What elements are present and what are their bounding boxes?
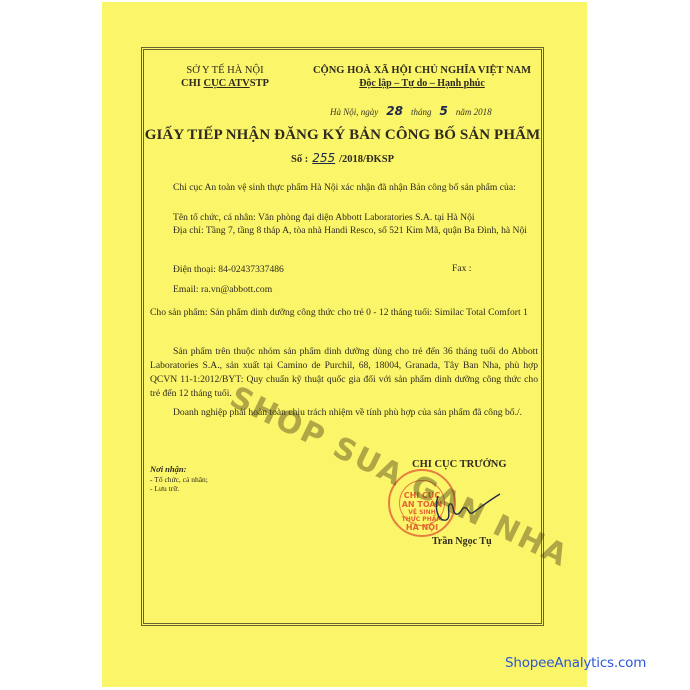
address-line: Địa chỉ: Tầng 7, tầng 8 tháp A, tòa nhà …: [150, 224, 538, 237]
issuing-agency: SỞ Y TẾ HÀ NỘI CHI CỤC ATVSTP: [160, 64, 290, 90]
agency-parent: SỞ Y TẾ HÀ NỘI: [160, 64, 290, 77]
nation-name: CỘNG HOÀ XÃ HỘI CHỦ NGHĨA VIỆT NAM: [308, 64, 536, 77]
responsibility-paragraph: Doanh nghiệp phải hoàn toàn chịu trách n…: [150, 402, 538, 423]
product-line: Cho sản phẩm: Sản phẩm dinh dưỡng công t…: [150, 302, 538, 323]
organization-line: Tên tổ chức, cá nhân: Văn phòng đại diện…: [150, 211, 538, 224]
recipients: Nơi nhận: - Tổ chức, cá nhân; - Lưu trữ.: [150, 465, 208, 494]
issue-date: Hà Nội, ngày28tháng5năm 2018: [330, 104, 492, 118]
date-day: 28: [386, 104, 403, 118]
date-month: 5: [439, 104, 447, 118]
recipient-item: - Tổ chức, cá nhân;: [150, 475, 208, 485]
document-title: GIẤY TIẾP NHẬN ĐĂNG KÝ BẢN CÔNG BỐ SẢN P…: [141, 127, 544, 144]
email-line: Email: ra.vn@abbott.com: [150, 283, 538, 296]
product-group-paragraph: Sản phẩm trên thuộc nhóm sản phẩm dinh d…: [150, 345, 538, 401]
brand-watermark: ShopeeAnalytics.com: [505, 655, 646, 671]
national-header: CỘNG HOÀ XÃ HỘI CHỦ NGHĨA VIỆT NAM Độc l…: [308, 64, 536, 90]
national-motto: Độc lập – Tự do – Hạnh phúc: [308, 77, 536, 90]
intro-paragraph: Chi cục An toàn vệ sinh thực phẩm Hà Nội…: [150, 181, 538, 194]
number-value: 255: [312, 151, 335, 165]
agency-name: CHI CỤC ATVSTP: [160, 77, 290, 90]
fax-line: Fax :: [452, 263, 471, 274]
phone-line: Điện thoại: 84-02437337486: [150, 263, 538, 276]
document-number: Số :255/2018/ĐKSP: [141, 151, 544, 165]
recipient-item: - Lưu trữ.: [150, 484, 208, 494]
recipients-title: Nơi nhận:: [150, 465, 208, 475]
